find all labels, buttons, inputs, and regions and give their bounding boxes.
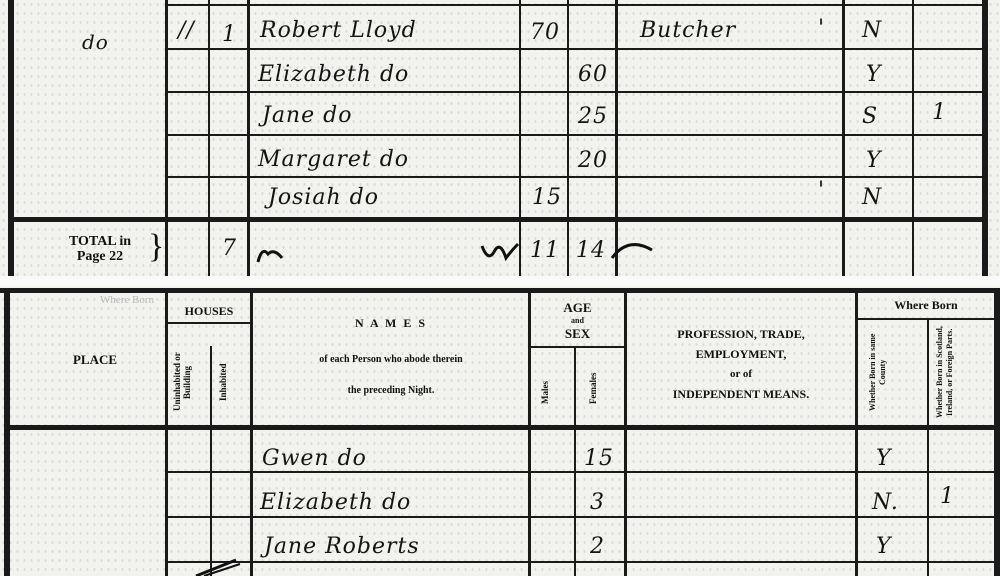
pen-strokes [0, 0, 1000, 276]
page-gap [0, 276, 1000, 286]
census-page-upper: do // 1 Robert Lloyd Elizabeth do Jane d… [0, 0, 1000, 276]
pen-strokes [0, 286, 1000, 576]
census-page-lower: Where Born PLACE HOUSES Uninhabited or B… [0, 286, 1000, 576]
